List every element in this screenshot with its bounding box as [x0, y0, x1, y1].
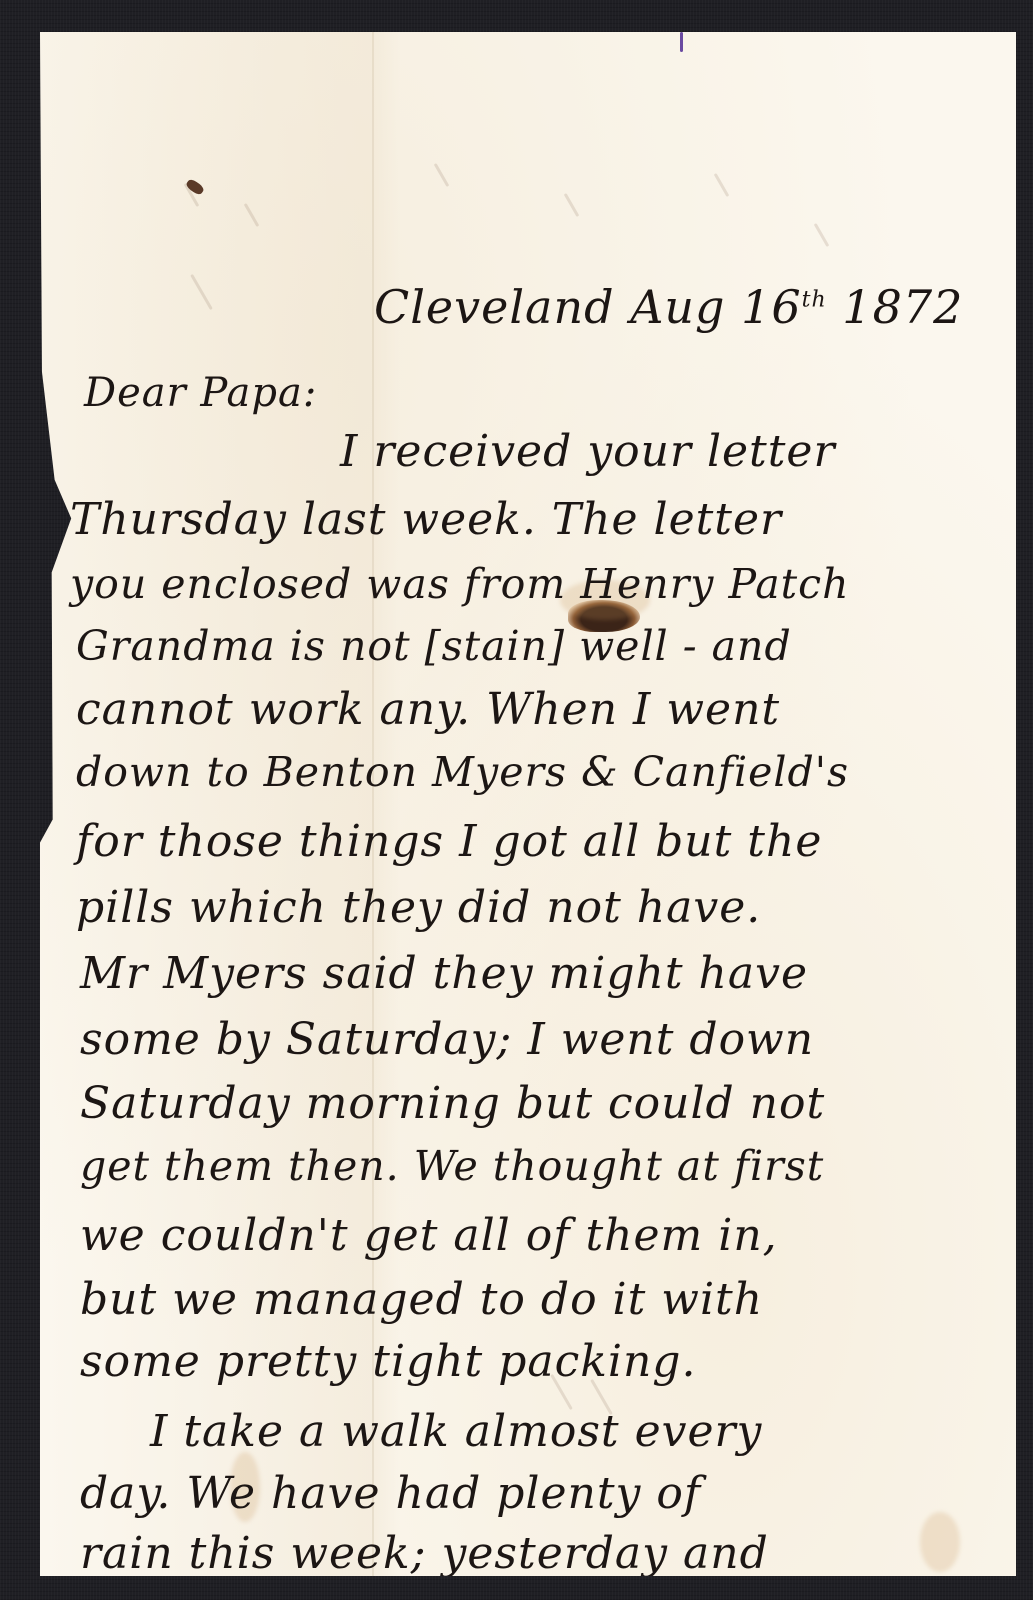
- letter-line: some by Saturday; I went down: [80, 1014, 814, 1065]
- heading-year: 1872: [842, 280, 963, 334]
- heading-day-suffix: th: [802, 288, 827, 313]
- letter-line: day. We have had plenty of: [80, 1468, 701, 1519]
- ink-bleed-through: [814, 223, 830, 247]
- letter-line: down to Benton Myers & Canfield's: [76, 748, 849, 796]
- letter-line: cannot work any. When I went: [76, 684, 780, 735]
- letter-page: Cleveland Aug 16th 1872 Dear Papa: I rec…: [40, 32, 1016, 1576]
- letter-line: rain this week; yesterday and: [80, 1528, 769, 1579]
- letter-line: some pretty tight packing.: [80, 1336, 696, 1387]
- ink-bleed-through: [190, 274, 213, 310]
- letter-line: I received your letter: [340, 426, 836, 477]
- heading-place: Cleveland: [374, 280, 615, 334]
- heading-day: 16: [741, 280, 802, 334]
- water-stain: [920, 1512, 960, 1572]
- letter-line: but we managed to do it with: [80, 1274, 763, 1325]
- letter-line: you enclosed was from Henry Patch: [70, 560, 850, 608]
- ink-bleed-through: [714, 173, 730, 197]
- ink-blot: [185, 178, 205, 197]
- letter-line: Mr Myers said they might have: [80, 948, 808, 999]
- heading-month: Aug: [630, 280, 725, 334]
- letter-heading: Cleveland Aug 16th 1872: [374, 280, 963, 334]
- ink-bleed-through: [564, 193, 580, 217]
- letter-line: for those things I got all but the: [76, 816, 822, 867]
- letter-line: Grandma is not [stain] well - and: [76, 622, 792, 670]
- ink-bleed-through: [244, 203, 260, 227]
- ink-mark: [680, 32, 683, 52]
- letter-line: Saturday morning but could not: [80, 1078, 825, 1129]
- letter-line: we couldn't get all of them in,: [80, 1210, 778, 1261]
- ink-bleed-through: [434, 163, 450, 187]
- letter-line: pills which they did not have.: [76, 882, 761, 933]
- letter-line: Thursday last week. The letter: [70, 494, 782, 545]
- letter-line: get them then. We thought at first: [80, 1142, 824, 1190]
- letter-line: I take a walk almost every: [150, 1406, 762, 1457]
- letter-greeting: Dear Papa:: [84, 370, 317, 416]
